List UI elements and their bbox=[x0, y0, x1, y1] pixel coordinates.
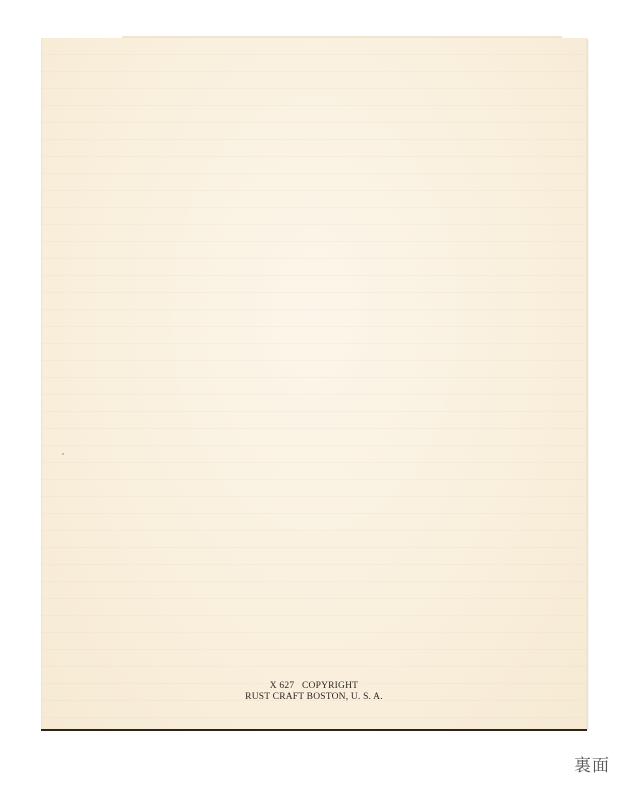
imprint-line-publisher: RUST CRAFT BOSTON, U. S. A. bbox=[42, 692, 586, 703]
card-top-edge bbox=[122, 36, 562, 38]
back-side-caption: 裏面 bbox=[574, 751, 610, 776]
publisher-imprint: X 627 COPYRIGHT RUST CRAFT BOSTON, U. S.… bbox=[42, 681, 586, 703]
greeting-card-back: X 627 COPYRIGHT RUST CRAFT BOSTON, U. S.… bbox=[41, 38, 587, 729]
paper-speck bbox=[62, 453, 64, 455]
imprint-line-catalog: X 627 COPYRIGHT bbox=[42, 681, 586, 692]
